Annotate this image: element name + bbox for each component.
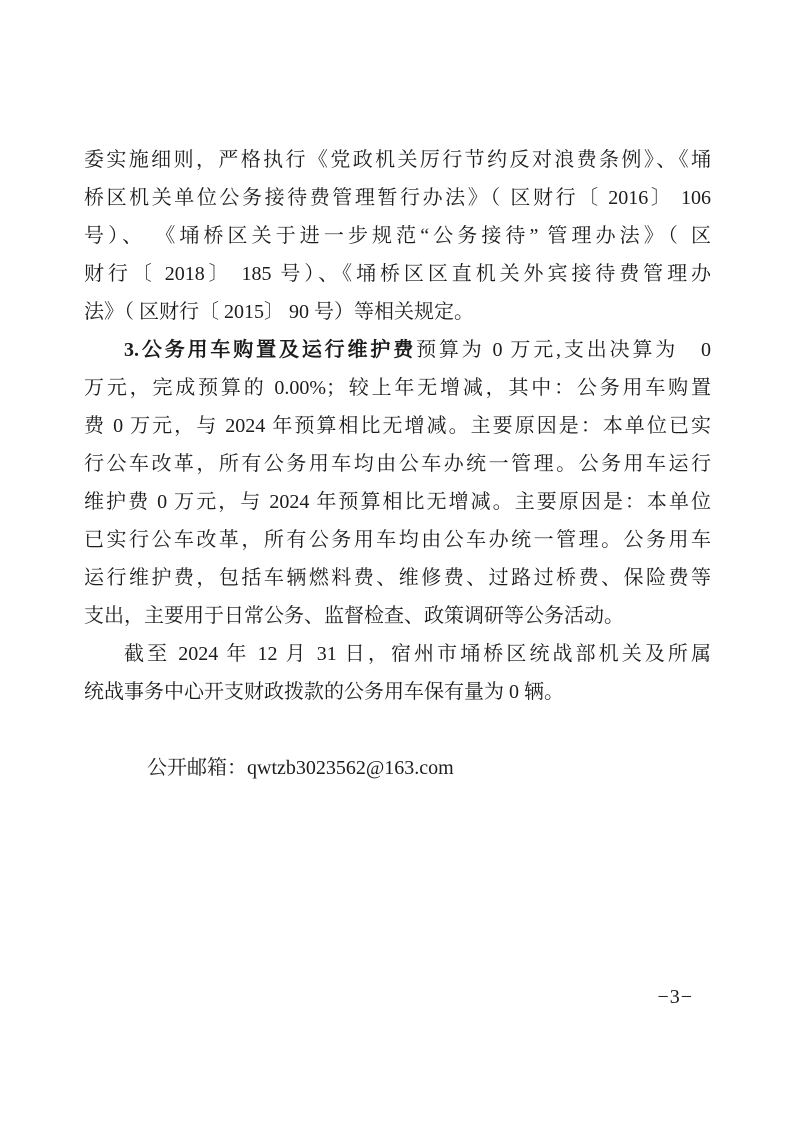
text-line: 万元，完成预算的 0.00%；较上年无增减，其中：公务用车购置 (84, 369, 711, 407)
text-line: 截至 2024 年 12 月 31 日，宿州市埇桥区统战部机关及所属 (84, 635, 711, 673)
email-line: 公开邮箱：qwtzb3023562@163.com (84, 749, 711, 787)
text-line: 号）、 《埇桥区关于进一步规范“公务接待” 管理办法》（ 区 (84, 217, 711, 255)
text-line: 费 0 万元，与 2024 年预算相比无增减。主要原因是：本单位已实 (84, 407, 711, 445)
body-text: 委实施细则，严格执行《党政机关厉行节约反对浪费条例》、《埇 桥区机关单位公务接待… (84, 141, 711, 787)
section-heading: 3.公务用车购置及运行维护费 (124, 339, 416, 361)
text-line: 财行〔 2018〕 185 号）、《埇桥区区直机关外宾接待费管理办 (84, 255, 711, 293)
document-page: 委实施细则，严格执行《党政机关厉行节约反对浪费条例》、《埇 桥区机关单位公务接待… (0, 0, 793, 1122)
text-line: 统战事务中心开支财政拨款的公务用车保有量为 0 辆。 (84, 673, 711, 711)
section-heading-rest: 预算为 0 万元,支出决算为 0 (416, 339, 711, 361)
page-number: −3− (657, 986, 693, 1009)
text-line: 行公车改革，所有公务用车均由公车办统一管理。公务用车运行 (84, 445, 711, 483)
paragraph-vehicle-count: 截至 2024 年 12 月 31 日，宿州市埇桥区统战部机关及所属 统战事务中… (84, 635, 711, 711)
paragraph-regulations: 委实施细则，严格执行《党政机关厉行节约反对浪费条例》、《埇 桥区机关单位公务接待… (84, 141, 711, 331)
text-line: 法》（ 区财行〔 2015〕 90 号）等相关规定。 (84, 293, 711, 331)
text-line: 委实施细则，严格执行《党政机关厉行节约反对浪费条例》、《埇 (84, 141, 711, 179)
text-line: 已实行公车改革，所有公务用车均由公车办统一管理。公务用车 (84, 521, 711, 559)
blank-line (84, 711, 711, 749)
text-line: 维护费 0 万元，与 2024 年预算相比无增减。主要原因是：本单位 (84, 483, 711, 521)
paragraph-vehicle-costs: 3.公务用车购置及运行维护费预算为 0 万元,支出决算为 0 万元，完成预算的 … (84, 331, 711, 635)
text-line-lead: 3.公务用车购置及运行维护费预算为 0 万元,支出决算为 0 (84, 331, 711, 369)
text-line: 运行维护费，包括车辆燃料费、维修费、过路过桥费、保险费等 (84, 559, 711, 597)
text-line: 桥区机关单位公务接待费管理暂行办法》（ 区财行〔 2016〕 106 (84, 179, 711, 217)
text-line: 支出，主要用于日常公务、监督检查、政策调研等公务活动。 (84, 597, 711, 635)
